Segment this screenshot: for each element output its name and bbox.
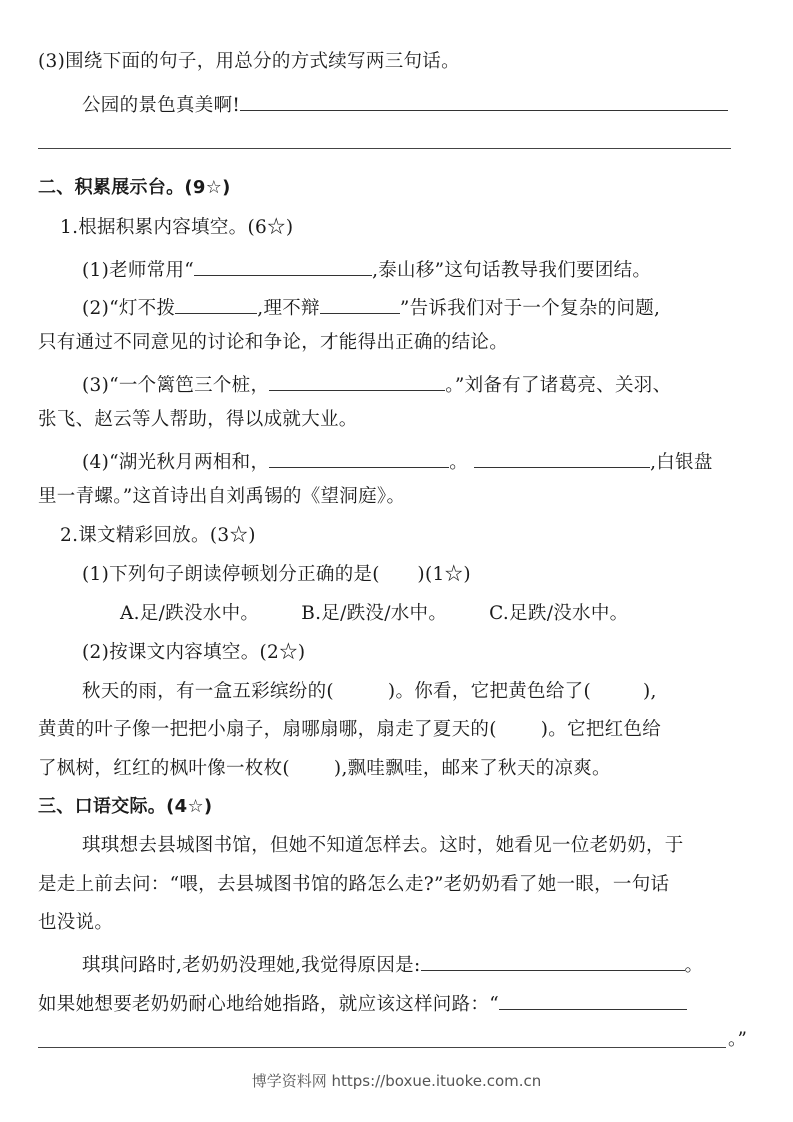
answer-blank[interactable] [175, 293, 257, 314]
fill-item-1: (1)老师常用“,泰山移”这句话教导我们要团结。 [82, 255, 757, 283]
passage-line: 了枫树，红红的枫叶像一枚枚(),飘哇飘哇，邮来了秋天的凉爽。 [38, 757, 757, 781]
item-continuation: 张飞、赵云等人帮助，得以成就大业。 [38, 408, 757, 432]
reason-question: 琪琪问路时,老奶奶没理她,我觉得原因是:。 [82, 950, 757, 978]
options-row: A.足/跌没水中。B.足/跌没/水中。C.足跌/没水中。 [120, 602, 757, 626]
item-text: (1)老师常用“ [82, 260, 194, 281]
closing-quote: 。” [728, 1028, 747, 1052]
item-text: ,理不辩 [257, 298, 320, 319]
story-paragraph: 也没说。 [38, 911, 757, 935]
item-text: ,泰山移”这句话教导我们要团结。 [372, 260, 651, 281]
option-c[interactable]: C.足跌/没水中。 [489, 602, 628, 626]
answer-blank[interactable] [320, 293, 400, 314]
fill-item-2: (2)“灯不拨,理不辩”告诉我们对于一个复杂的问题, [82, 293, 757, 321]
question-text: 琪琪问路时,老奶奶没理她,我觉得原因是: [82, 955, 421, 976]
writing-line-row: 公园的景色真美啊! [82, 90, 755, 118]
footer-watermark: 博学资料网 https://boxue.ituoke.com.cn [0, 1070, 793, 1091]
option-b[interactable]: B.足/跌没/水中。 [301, 602, 447, 626]
given-sentence: 公园的景色真美啊! [82, 95, 240, 116]
item-continuation: 里一青螺。”这首诗出自刘禹锡的《望洞庭》。 [38, 485, 757, 509]
passage-text: ), [643, 681, 657, 702]
fill-item-3: (3)“一个篱笆三个桩，。”刘备有了诸葛亮、关羽、 [82, 370, 757, 398]
item-continuation: 只有通过不同意见的讨论和争论，才能得出正确的结论。 [38, 331, 757, 355]
question-text: 。 [685, 955, 704, 976]
item-text: 。 [449, 452, 468, 473]
item-text: 。”刘备有了诸葛亮、关羽、 [445, 375, 671, 396]
passage-text: )。它把红色给 [541, 719, 661, 740]
question-text: 如果她想要老奶奶耐心地给她指路，就应该这样问路：“ [38, 994, 499, 1015]
passage-line: 黄黄的叶子像一把把小扇子，扇哪扇哪，扇走了夏天的()。它把红色给 [38, 718, 757, 742]
question-title: (2)按课文内容填空。(2☆) [82, 641, 757, 665]
answer-blank[interactable] [421, 950, 685, 971]
option-a[interactable]: A.足/跌没水中。 [120, 602, 259, 626]
question-prompt: (3)围绕下面的句子，用总分的方式续写两三句话。 [38, 50, 757, 74]
answer-blank[interactable] [194, 255, 372, 276]
choice-question: (1)下列句子朗读停顿划分正确的是( )(1☆) [82, 563, 757, 587]
answer-line[interactable] [38, 1047, 726, 1048]
passage-line: 秋天的雨，有一盒五彩缤纷的()。你看，它把黄色给了(), [82, 680, 755, 704]
answer-blank[interactable] [474, 447, 650, 468]
answer-blank[interactable] [240, 90, 728, 111]
answer-blank[interactable] [499, 989, 687, 1010]
story-paragraph: 琪琪想去县城图书馆，但她不知道怎样去。这时，她看见一位老奶奶，于 [82, 834, 757, 858]
question-title: 2.课文精彩回放。(3☆) [60, 524, 757, 548]
answer-blank[interactable] [269, 370, 445, 391]
passage-text: ),飘哇飘哇，邮来了秋天的凉爽。 [334, 758, 611, 779]
section-heading: 三、口语交际。(4☆) [38, 795, 757, 819]
passage-text: 秋天的雨，有一盒五彩缤纷的( [82, 681, 334, 702]
passage-text: 黄黄的叶子像一把把小扇子，扇哪扇哪，扇走了夏天的( [38, 719, 497, 740]
item-text: (4)“湖光秋月两相和， [82, 452, 269, 473]
passage-text: )。你看，它把黄色给了( [388, 681, 591, 702]
answer-line[interactable] [38, 148, 731, 149]
item-text: ,白银盘 [650, 452, 713, 473]
how-question: 如果她想要老奶奶耐心地给她指路，就应该这样问路：“ [38, 989, 757, 1017]
item-text: (3)“一个篱笆三个桩， [82, 375, 269, 396]
section-heading: 二、积累展示台。(9☆) [38, 176, 757, 200]
passage-text: 了枫树，红红的枫叶像一枚枚( [38, 758, 290, 779]
story-paragraph: 是走上前去问：“喂，去县城图书馆的路怎么走?”老奶奶看了她一眼，一句话 [38, 873, 757, 897]
item-text: ”告诉我们对于一个复杂的问题, [400, 298, 660, 319]
answer-blank[interactable] [269, 447, 449, 468]
question-title: 1.根据积累内容填空。(6☆) [60, 216, 757, 240]
item-text: (2)“灯不拨 [82, 298, 175, 319]
fill-item-4: (4)“湖光秋月两相和，。,白银盘 [82, 447, 757, 475]
